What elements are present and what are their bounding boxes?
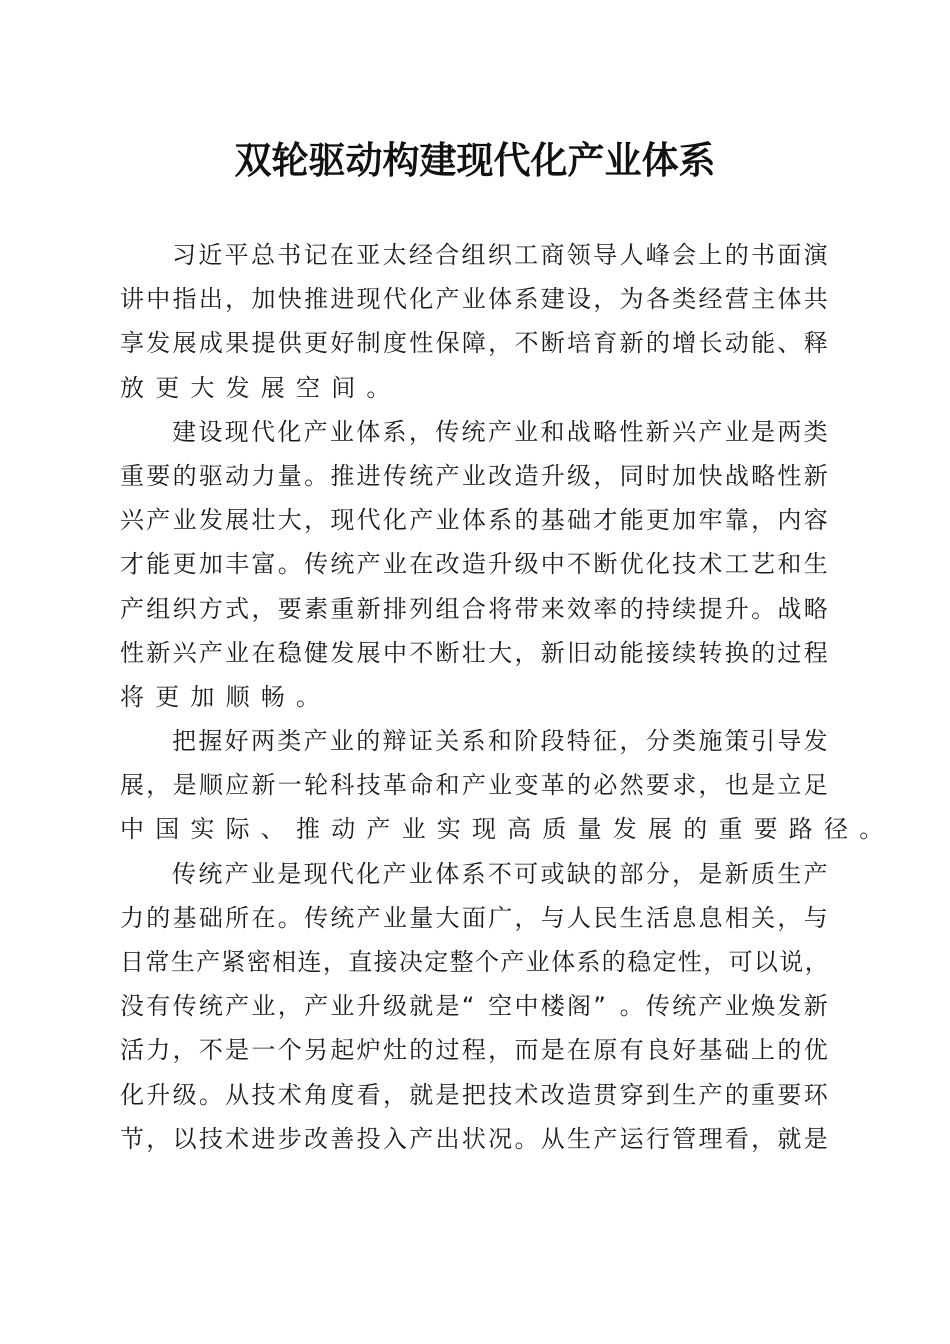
text-line: 产组织方式，要素重新排列组合将带来效率的持续提升。战略	[120, 587, 830, 631]
text-line: 享发展成果提供更好制度性保障，不断培育新的增长动能、释	[120, 321, 830, 365]
paragraph-1: 习近平总书记在亚太经合组织工商领导人峰会上的书面演 讲中指出，加快推进现代化产业…	[120, 233, 830, 410]
text-line: 传统产业是现代化产业体系不可或缺的部分，是新质生产	[120, 852, 830, 896]
document-title: 双轮驱动构建现代化产业体系	[0, 136, 950, 184]
text-line: 性新兴产业在稳健发展中不断壮大，新旧动能接续转换的过程	[120, 631, 830, 675]
text-line: 把握好两类产业的辩证关系和阶段特征，分类施策引导发	[120, 719, 830, 763]
text-line: 兴产业发展壮大，现代化产业体系的基础才能更加牢靠，内容	[120, 498, 830, 542]
document-page: 双轮驱动构建现代化产业体系 习近平总书记在亚太经合组织工商领导人峰会上的书面演 …	[0, 0, 950, 1344]
text-line: 力的基础所在。传统产业量大面广，与人民生活息息相关，与	[120, 896, 830, 940]
text-line: 日常生产紧密相连，直接决定整个产业体系的稳定性，可以说，	[120, 940, 830, 984]
paragraph-2: 建设现代化产业体系，传统产业和战略性新兴产业是两类 重要的驱动力量。推进传统产业…	[120, 410, 830, 719]
text-line: 节，以技术进步改善投入产出状况。从生产运行管理看，就是	[120, 1117, 830, 1161]
text-line: 没有传统产业，产业升级就是“空中楼阁”。传统产业焕发新	[120, 984, 830, 1028]
text-line: 将更加顺畅。	[120, 675, 830, 719]
text-line: 建设现代化产业体系，传统产业和战略性新兴产业是两类	[120, 410, 830, 454]
paragraph-4: 传统产业是现代化产业体系不可或缺的部分，是新质生产 力的基础所在。传统产业量大面…	[120, 852, 830, 1161]
text-line: 才能更加丰富。传统产业在改造升级中不断优化技术工艺和生	[120, 542, 830, 586]
text-line: 中国实际、推动产业实现高质量发展的重要路径。	[120, 807, 830, 851]
document-body: 习近平总书记在亚太经合组织工商领导人峰会上的书面演 讲中指出，加快推进现代化产业…	[120, 233, 830, 1161]
text-line: 讲中指出，加快推进现代化产业体系建设，为各类经营主体共	[120, 277, 830, 321]
text-line: 活力，不是一个另起炉灶的过程，而是在原有良好基础上的优	[120, 1028, 830, 1072]
paragraph-3: 把握好两类产业的辩证关系和阶段特征，分类施策引导发 展，是顺应新一轮科技革命和产…	[120, 719, 830, 852]
text-line: 放更大发展空间。	[120, 366, 830, 410]
text-line: 重要的驱动力量。推进传统产业改造升级，同时加快战略性新	[120, 454, 830, 498]
text-line: 展，是顺应新一轮科技革命和产业变革的必然要求，也是立足	[120, 763, 830, 807]
text-line: 化升级。从技术角度看，就是把技术改造贯穿到生产的重要环	[120, 1073, 830, 1117]
text-line: 习近平总书记在亚太经合组织工商领导人峰会上的书面演	[120, 233, 830, 277]
